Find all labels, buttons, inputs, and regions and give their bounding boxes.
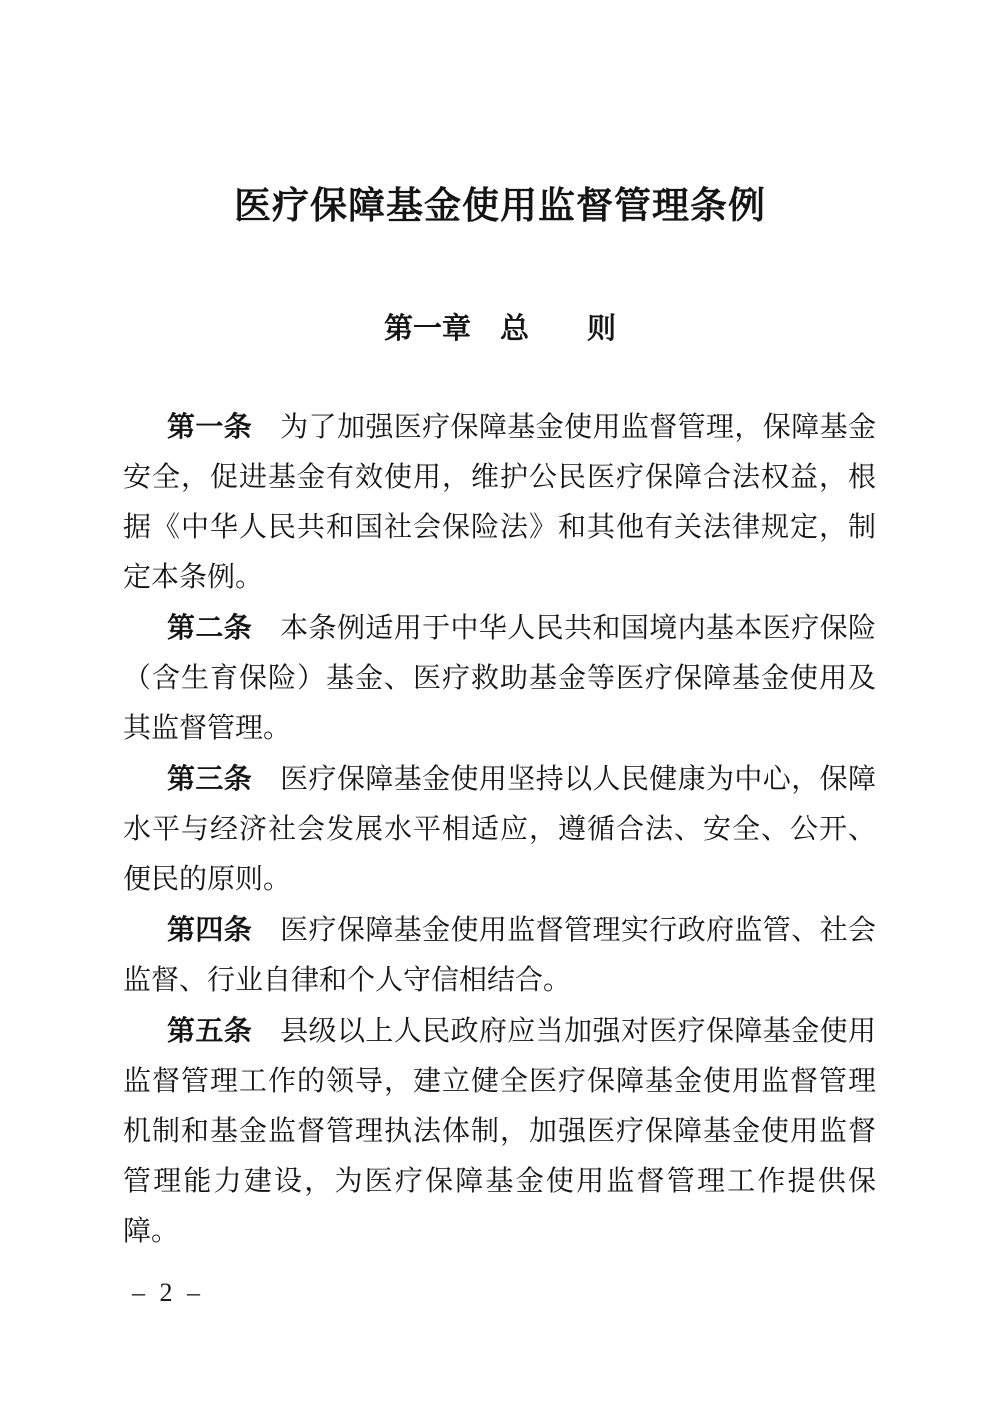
chapter-title: 总 则 <box>500 313 616 345</box>
document-page: 医疗保障基金使用监督管理条例 第一章总 则 第一条为了加强医疗保障基金使用监督管… <box>0 0 1000 1414</box>
article-paragraph-3: 第三条医疗保障基金使用坚持以人民健康为中心，保障水平与经济社会发展水平相适应，遵… <box>123 754 876 905</box>
article-text: 县级以上人民政府应当加强对医疗保障基金使用监督管理工作的领导，建立健全医疗保障基… <box>123 1016 876 1247</box>
article-paragraph-2: 第二条本条例适用于中华人民共和国境内基本医疗保险（含生育保险）基金、医疗救助基金… <box>123 603 876 754</box>
article-number: 第三条 <box>167 763 252 794</box>
article-number: 第四条 <box>167 914 252 945</box>
chapter-heading: 第一章总 则 <box>0 312 1000 346</box>
article-paragraph-5: 第五条县级以上人民政府应当加强对医疗保障基金使用监督管理工作的领导，建立健全医疗… <box>123 1006 876 1257</box>
page-number: – 2 – <box>132 1278 204 1308</box>
article-number: 第二条 <box>167 612 252 643</box>
article-paragraph-4: 第四条医疗保障基金使用监督管理实行政府监管、社会监督、行业自律和个人守信相结合。 <box>123 905 876 1006</box>
chapter-number: 第一章 <box>384 313 471 345</box>
document-title: 医疗保障基金使用监督管理条例 <box>0 0 1000 230</box>
document-body: 第一条为了加强医疗保障基金使用监督管理，保障基金安全，促进基金有效使用，维护公民… <box>0 402 1000 1257</box>
article-paragraph-1: 第一条为了加强医疗保障基金使用监督管理，保障基金安全，促进基金有效使用，维护公民… <box>123 402 876 603</box>
article-number: 第五条 <box>167 1015 252 1046</box>
article-number: 第一条 <box>167 411 252 442</box>
